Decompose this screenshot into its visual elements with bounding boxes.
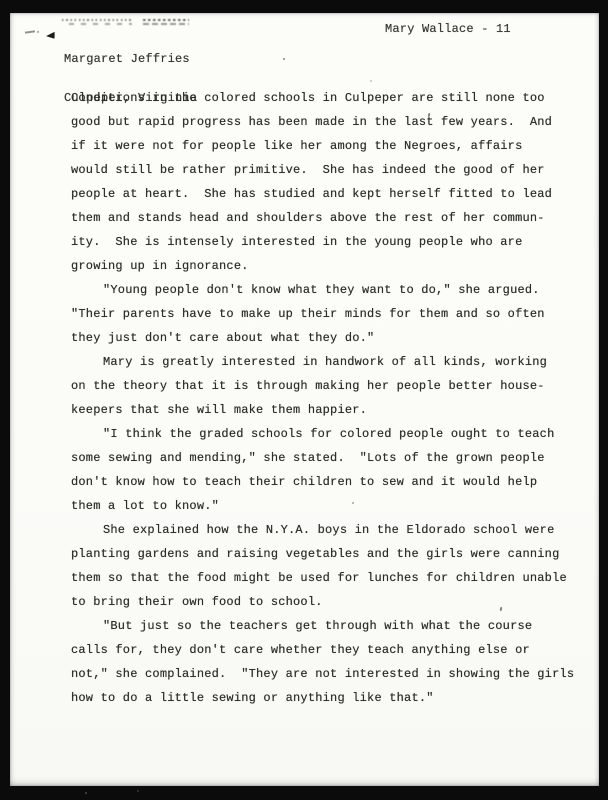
pencil-dash-mark [25,30,35,33]
text-line: would still be rather primitive. She has… [71,158,583,182]
text-line: "Their parents have to make up their min… [71,302,583,326]
text-line: calls for, they don't care whether they … [71,638,583,662]
document-body: Conditions in the colored schools in Cul… [71,86,583,710]
smudge-segment [143,19,189,25]
scan-speck [283,58,285,60]
text-line: Mary is greatly interested in handwork o… [71,350,583,374]
text-line: how to do a little sewing or anything li… [71,686,583,710]
text-line: don't know how to teach their children t… [71,470,583,494]
scan-surround: Margaret Jeffries Culpeper, Virginia Mar… [0,0,608,800]
smudge-segment [62,19,132,25]
text-line: some sewing and mending," she stated. "L… [71,446,583,470]
text-line: Conditions in the colored schools in Cul… [71,86,583,110]
text-line: them a lot to know." [71,494,583,518]
text-line: She explained how the N.Y.A. boys in the… [71,518,583,542]
text-line: they just don't care about what they do.… [71,326,583,350]
text-line: not," she complained. "They are not inte… [71,662,583,686]
text-line: them so that the food might be used for … [71,566,583,590]
scan-speck [137,790,139,792]
author-name: Margaret Jeffries [64,53,197,66]
text-line: "I think the graded schools for colored … [71,422,583,446]
manuscript-page: Margaret Jeffries Culpeper, Virginia Mar… [10,13,599,786]
erased-text-smudge [62,17,189,26]
document-title: Mary Wallace - 11 [385,23,511,36]
text-line: ity. She is intensely interested in the … [71,230,583,254]
scan-speck [85,792,87,794]
text-line: good but rapid progress has been made in… [71,110,583,134]
text-line: if it were not for people like her among… [71,134,583,158]
text-line: "Young people don't know what they want … [71,278,583,302]
text-line: keepers that she will make them happier. [71,398,583,422]
text-line: "But just so the teachers get through wi… [71,614,583,638]
scan-speck [352,502,354,504]
scan-speck [370,80,372,82]
ink-blot-mark [46,32,55,40]
text-line: planting gardens and raising vegetables … [71,542,583,566]
text-line: people at heart. She has studied and kep… [71,182,583,206]
text-line: growing up in ignorance. [71,254,583,278]
text-line: them and stands head and shoulders above… [71,206,583,230]
text-line: to bring their own food to school. [71,590,583,614]
text-line: on the theory that it is through making … [71,374,583,398]
